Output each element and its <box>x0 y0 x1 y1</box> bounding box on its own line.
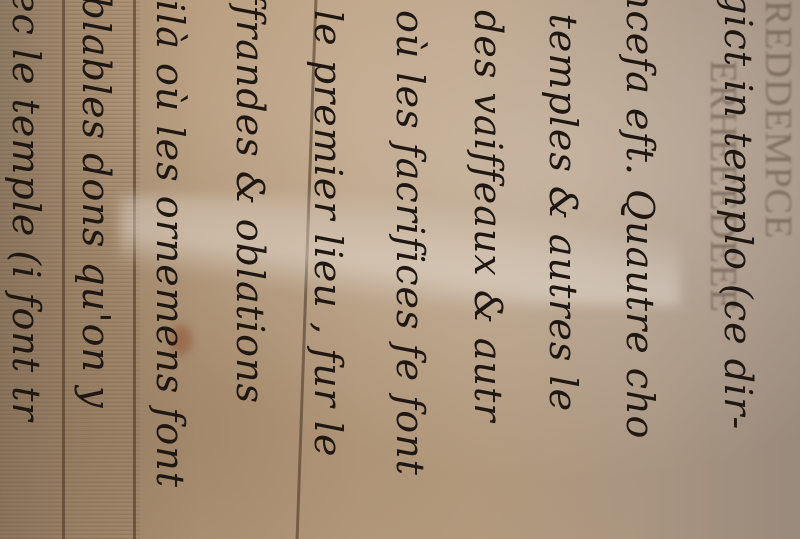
text-line: ffrandes & oblations <box>228 0 272 404</box>
text-line: gict in templo (ce dir- <box>716 0 760 430</box>
manuscript-photo: REDDEMPCE ERHEEEDEEE ec le temple (i fon… <box>0 0 800 539</box>
text-line: où les facrifices fe font <box>388 10 432 476</box>
text-line: ncefa eft. Quautre cho <box>618 0 662 439</box>
fold-line <box>62 0 65 539</box>
text-line: ec le temple (i font tr <box>4 0 48 422</box>
text-line: ilà où les ornemens font <box>148 0 192 488</box>
text-line: le premier lieu , fur le <box>306 10 350 458</box>
text-line: nblables dons qu'on y <box>74 0 118 409</box>
text-line: s temples & autres le <box>541 0 585 412</box>
text-line: des vaiffeaux & autr <box>466 10 510 422</box>
show-through-text: REDDEMPCE <box>756 0 800 239</box>
